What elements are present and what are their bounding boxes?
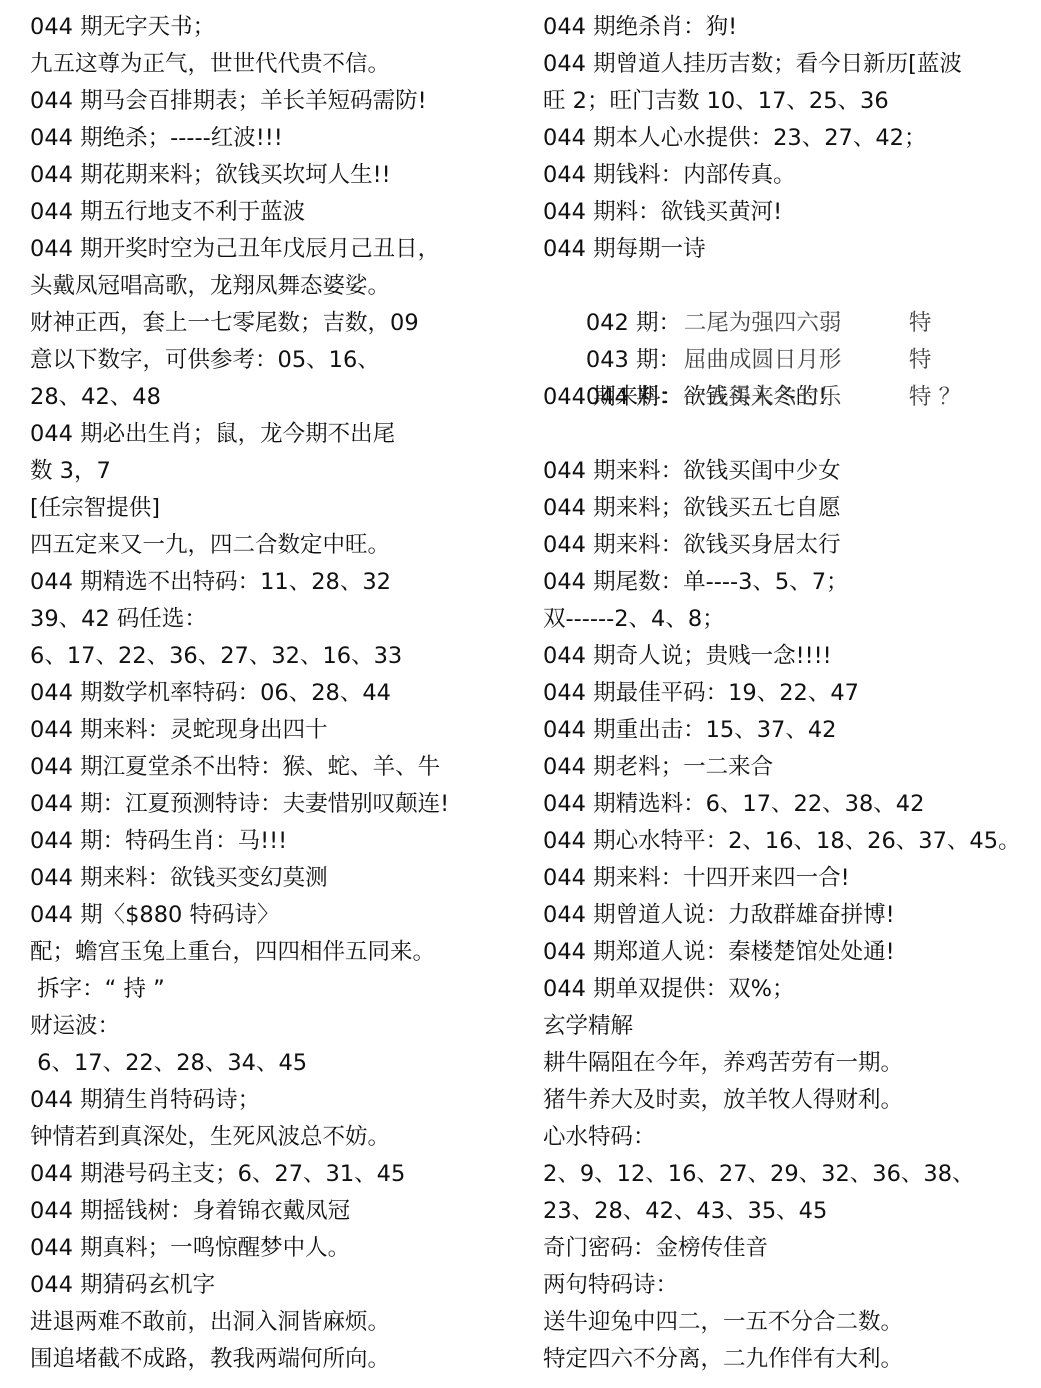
text-line: 特定四六不分离，二九作伴有大利。 (543, 1341, 1038, 1378)
text-line: 6、17、22、36、27、32、16、33 (30, 638, 520, 675)
text-line: 头戴凤冠唱高歌，龙翔凤舞态婆娑。 (30, 268, 520, 305)
text-line: 财运波： (30, 1008, 520, 1045)
lottery-prediction-sheet: 044 期无字天书； 九五这尊为正气，世世代代贵不信。 044 期马会百排期表；… (0, 0, 1041, 1388)
blank-spacer (543, 416, 1038, 453)
text-line: 044 期本人心水提供：23、27、42； (543, 120, 1038, 157)
right-column: 044 期绝杀肖：狗! 044 期曾道人挂历吉数；看今日新历[蓝波 旺 2；旺门… (543, 9, 1038, 1378)
text-line: 044 期马会百排期表；羊长羊短码需防! (30, 83, 520, 120)
text-line: 拆字：“ 持 ” (30, 971, 520, 1008)
poem-period-label: 044 期： (586, 379, 684, 416)
text-line: 6、17、22、28、34、45 (30, 1045, 520, 1082)
text-line: 044 期开奖时空为己丑年戊辰月己丑日， (30, 231, 520, 268)
text-line: 044 期尾数：单----3、5、7； (543, 564, 1038, 601)
text-line: 044 期港号码主支；6、27、31、45 (30, 1156, 520, 1193)
text-line: 044 期〈$880 特码诗〉 (30, 897, 520, 934)
text-line: 044 期来料：灵蛇现身出四十 (30, 712, 520, 749)
text-line: 044 期最佳平码：19、22、47 (543, 675, 1038, 712)
text-line: 耕牛隔阻在今年，养鸡苦劳有一期。 (543, 1045, 1038, 1082)
text-line: 四五定来又一九，四二合数定中旺。 (30, 527, 520, 564)
text-line: 围追堵截不成路，教我两端何所向。 (30, 1341, 520, 1378)
left-column: 044 期无字天书； 九五这尊为正气，世世代代贵不信。 044 期马会百排期表；… (30, 9, 520, 1378)
text-line: 044 期钱料：内部传真。 (543, 157, 1038, 194)
text-line: 044 期来料：欲钱买闺中少女 (543, 453, 1038, 490)
text-line: 双------2、4、8； (543, 601, 1038, 638)
section-heading: 两句特码诗： (543, 1267, 1038, 1304)
text-line: 044 期曾道人说：力敌群雄奋拼博! (543, 897, 1038, 934)
text-line: 意以下数字，可供参考：05、16、 (30, 342, 520, 379)
text-line: 九五这尊为正气，世世代代贵不信。 (30, 46, 520, 83)
text-line: 送牛迎兔中四二，一五不分合二数。 (543, 1304, 1038, 1341)
text-line: 044 期：江夏预测特诗：夫妻惜别叹颠连! (30, 786, 520, 823)
text-line: 044 期料：欲钱买黄河! (543, 194, 1038, 231)
text-line: 044 期数学机率特码：06、28、44 (30, 675, 520, 712)
text-line: 044 期重出击：15、37、42 (543, 712, 1038, 749)
text-line: 044 期来料：十四开来四一合! (543, 860, 1038, 897)
text-line: 044 期绝杀肖：狗! (543, 9, 1038, 46)
text-line: 旺 2；旺门吉数 10、17、25、36 (543, 83, 1038, 120)
text-line: 044 期来料；欲钱买五七自愿 (543, 490, 1038, 527)
text-line: 044 期奇人说；贵贱一念!!!! (543, 638, 1038, 675)
text-line: 044 期无字天书； (30, 9, 520, 46)
text-line: 044 期：特码生肖：马!!! (30, 823, 520, 860)
text-line: 044 期每期一诗 (543, 231, 1038, 268)
text-line: 23、28、42、43、35、45 (543, 1193, 1038, 1230)
poem-verse: 一五得来六七乐 (684, 379, 909, 416)
text-line: 钟情若到真深处，生死风波总不妨。 (30, 1119, 520, 1156)
section-heading: 心水特码： (543, 1119, 1038, 1156)
text-line: 奇门密码：金榜传佳音 (543, 1230, 1038, 1267)
text-line: 044 期来料：欲钱买变幻莫测 (30, 860, 520, 897)
text-line: 044 期精选料：6、17、22、38、42 (543, 786, 1038, 823)
text-line: 044 期单双提供：双%； (543, 971, 1038, 1008)
poem-row: 042 期：二尾为强四六弱特 (543, 268, 1038, 305)
text-line: 财神正西，套上一七零尾数；吉数，09 (30, 305, 520, 342)
text-line: 数 3，7 (30, 453, 520, 490)
text-line: 猪牛养大及时卖，放羊牧人得财利。 (543, 1082, 1038, 1119)
poem-row: 044 期：一五得来六七乐特 ？ (543, 342, 1038, 379)
text-line: 044 期老料；一二来合 (543, 749, 1038, 786)
text-line: 进退两难不敢前，出洞入洞皆麻烦。 (30, 1304, 520, 1341)
poem-te-mark: 特 ？ (909, 379, 961, 416)
text-line: 044 期摇钱树：身着锦衣戴凤冠 (30, 1193, 520, 1230)
text-line: 39、42 码任选： (30, 601, 520, 638)
text-line: 配；蟾宫玉兔上重台，四四相伴五同来。 (30, 934, 520, 971)
text-line: 044 期真料；一鸣惊醒梦中人。 (30, 1230, 520, 1267)
text-line: 044 期心水特平：2、16、18、26、37、45。 (543, 823, 1038, 860)
text-line: 044 期来料：欲钱买身居太行 (543, 527, 1038, 564)
text-line: 044 期必出生肖；鼠，龙今期不出尾 (30, 416, 520, 453)
text-line: 044 期猜码玄机字 (30, 1267, 520, 1304)
text-line: 044 期精选不出特码：11、28、32 (30, 564, 520, 601)
text-line: 2、9、12、16、27、29、32、36、38、 (543, 1156, 1038, 1193)
text-line: 044 期五行地支不利于蓝波 (30, 194, 520, 231)
text-line: 044 期花期来料；欲钱买坎坷人生!! (30, 157, 520, 194)
text-line: 044 期曾道人挂历吉数；看今日新历[蓝波 (543, 46, 1038, 83)
text-line: [任宗智提供] (30, 490, 520, 527)
text-line: 044 期江夏堂杀不出特：猴、蛇、羊、牛 (30, 749, 520, 786)
text-line: 28、42、48 (30, 379, 520, 416)
text-line: 044 期猜生肖特码诗； (30, 1082, 520, 1119)
text-line: 044 期绝杀；-----红波!!! (30, 120, 520, 157)
text-line: 044 期郑道人说：秦楼楚馆处处通! (543, 934, 1038, 971)
poem-row: 043 期：屈曲成圆日月形特 (543, 305, 1038, 342)
section-heading: 玄学精解 (543, 1008, 1038, 1045)
